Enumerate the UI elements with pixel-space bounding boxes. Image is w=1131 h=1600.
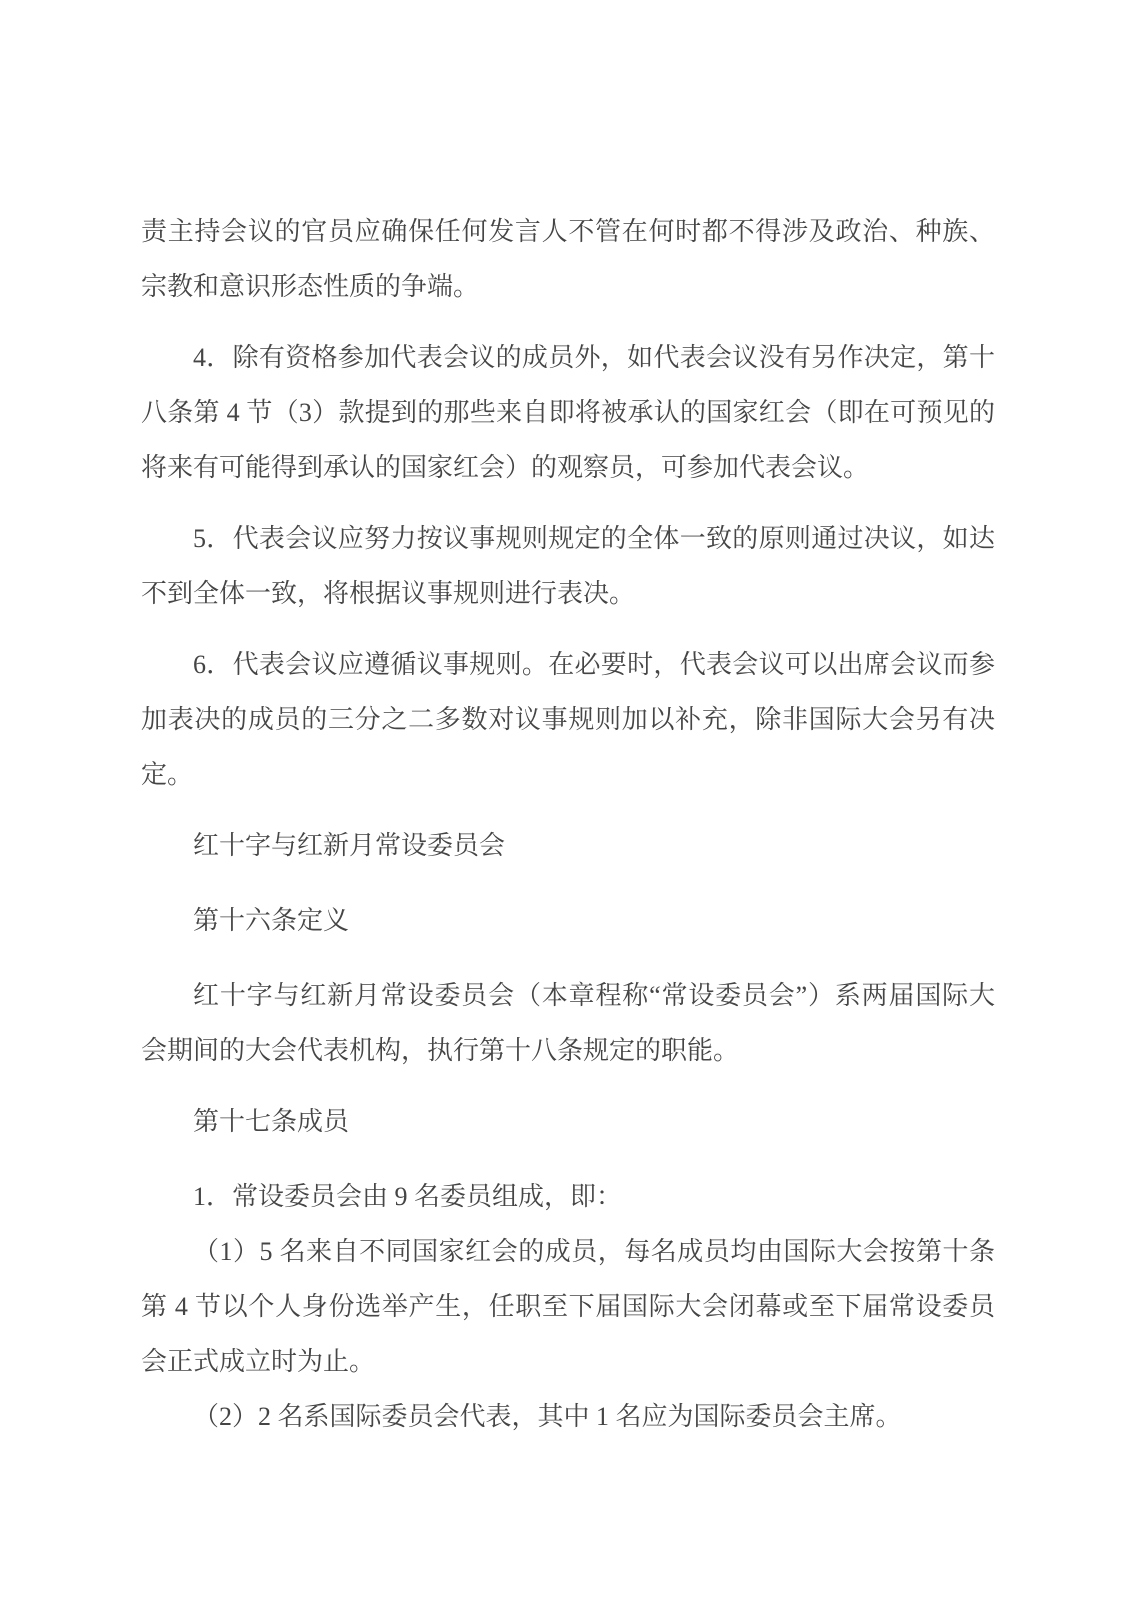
document-paragraph: 红十字与红新月常设委员会（本章程称“常设委员会”）系两届国际大会期间的大会代表机…: [141, 968, 995, 1078]
document-paragraph: 6．代表会议应遵循议事规则。在必要时，代表会议可以出席会议而参加表决的成员的三分…: [141, 637, 995, 802]
document-heading: 第十七条成员: [141, 1094, 995, 1149]
document-heading: 红十字与红新月常设委员会: [141, 818, 995, 873]
document-paragraph: 责主持会议的官员应确保任何发言人不管在何时都不得涉及政治、种族、宗教和意识形态性…: [141, 204, 995, 314]
document-paragraph: 5．代表会议应努力按议事规则规定的全体一致的原则通过决议，如达不到全体一致，将根…: [141, 511, 995, 621]
document-paragraph: 4．除有资格参加代表会议的成员外，如代表会议没有另作决定，第十八条第 4 节（3…: [141, 330, 995, 495]
document-heading: 第十六条定义: [141, 893, 995, 948]
document-page: 责主持会议的官员应确保任何发言人不管在何时都不得涉及政治、种族、宗教和意识形态性…: [0, 0, 1131, 1600]
document-paragraph: （1）5 名来自不同国家红会的成员，每名成员均由国际大会按第十条第 4 节以个人…: [141, 1224, 995, 1389]
document-paragraph: 1．常设委员会由 9 名委员组成，即：: [141, 1169, 995, 1224]
document-paragraph: （2）2 名系国际委员会代表，其中 1 名应为国际委员会主席。: [141, 1389, 995, 1444]
document-text-block: 责主持会议的官员应确保任何发言人不管在何时都不得涉及政治、种族、宗教和意识形态性…: [141, 204, 995, 1444]
